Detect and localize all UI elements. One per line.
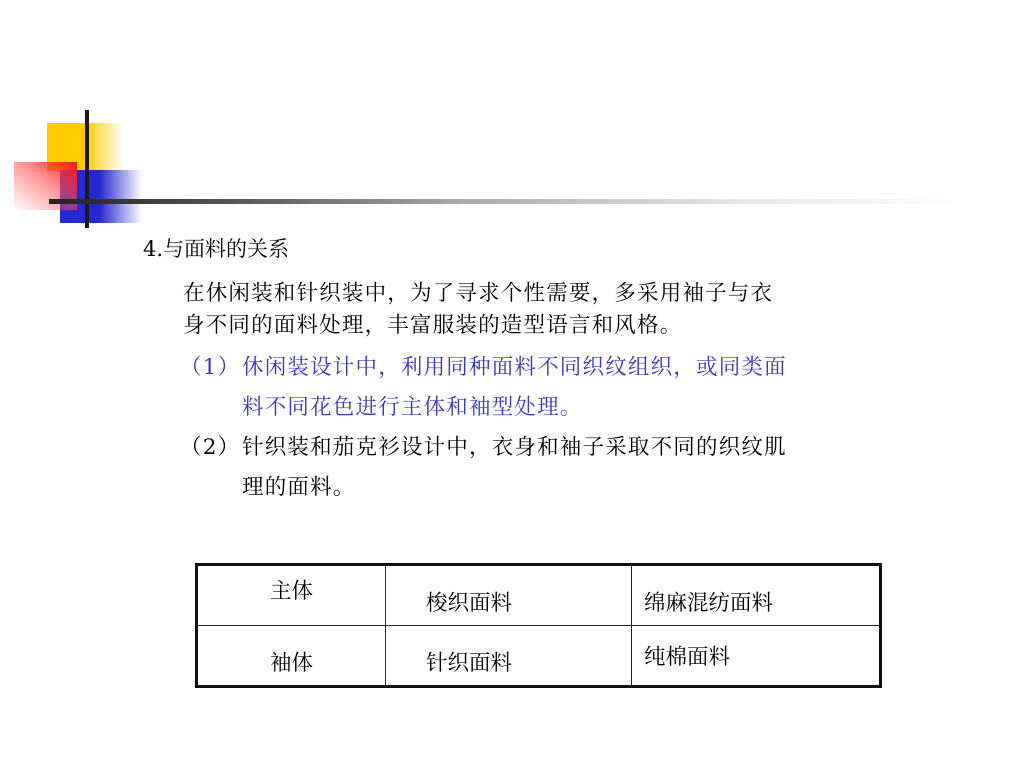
table-cell: 袖体 bbox=[197, 626, 386, 687]
table-cell: 梭织面料 bbox=[386, 565, 632, 626]
fabric-table: 主体 梭织面料 绵麻混纺面料 袖体 针织面料 纯棉面料 bbox=[195, 563, 882, 688]
table-cell: 针织面料 bbox=[386, 626, 632, 687]
list-item-text: 理的面料。 bbox=[180, 468, 787, 508]
list-item-text: 休闲装设计中，利用同种面料不同织纹组织，或同类面 bbox=[242, 355, 787, 380]
cell-text: 袖体 bbox=[198, 626, 385, 677]
cell-text: 纯棉面料 bbox=[632, 626, 879, 671]
title-divider-line bbox=[49, 199, 964, 204]
table-cell: 绵麻混纺面料 bbox=[632, 565, 881, 626]
table-cell: 纯棉面料 bbox=[632, 626, 881, 687]
cell-text: 绵麻混纺面料 bbox=[632, 566, 879, 617]
table-row: 袖体 针织面料 纯棉面料 bbox=[197, 626, 881, 687]
list-item-text: 针织装和茄克衫设计中，衣身和袖子采取不同的织纹肌 bbox=[242, 435, 787, 460]
table-cell: 主体 bbox=[197, 565, 386, 626]
section-heading: 4.与面料的关系 bbox=[143, 235, 289, 263]
list-item-text: 料不同花色进行主体和袖型处理。 bbox=[180, 388, 787, 428]
table-row: 主体 梭织面料 绵麻混纺面料 bbox=[197, 565, 881, 626]
list-item-2: （2）针织装和茄克衫设计中，衣身和袖子采取不同的织纹肌 理的面料。 bbox=[180, 428, 787, 508]
list-marker: （2） bbox=[180, 428, 242, 468]
list-item-1: （1）休闲装设计中，利用同种面料不同织纹组织，或同类面 料不同花色进行主体和袖型… bbox=[180, 348, 787, 428]
cell-text: 主体 bbox=[198, 566, 385, 605]
decorative-vertical-line bbox=[85, 110, 89, 228]
paragraph-line: 在休闲装和针织装中，为了寻求个性需要，多采用袖子与衣 bbox=[183, 278, 933, 310]
list-marker: （1） bbox=[180, 348, 242, 388]
paragraph-line: 身不同的面料处理，丰富服装的造型语言和风格。 bbox=[183, 310, 933, 342]
cell-text: 针织面料 bbox=[386, 626, 631, 677]
cell-text: 梭织面料 bbox=[386, 566, 631, 617]
intro-paragraph: 在休闲装和针织装中，为了寻求个性需要，多采用袖子与衣 身不同的面料处理，丰富服装… bbox=[183, 278, 933, 342]
